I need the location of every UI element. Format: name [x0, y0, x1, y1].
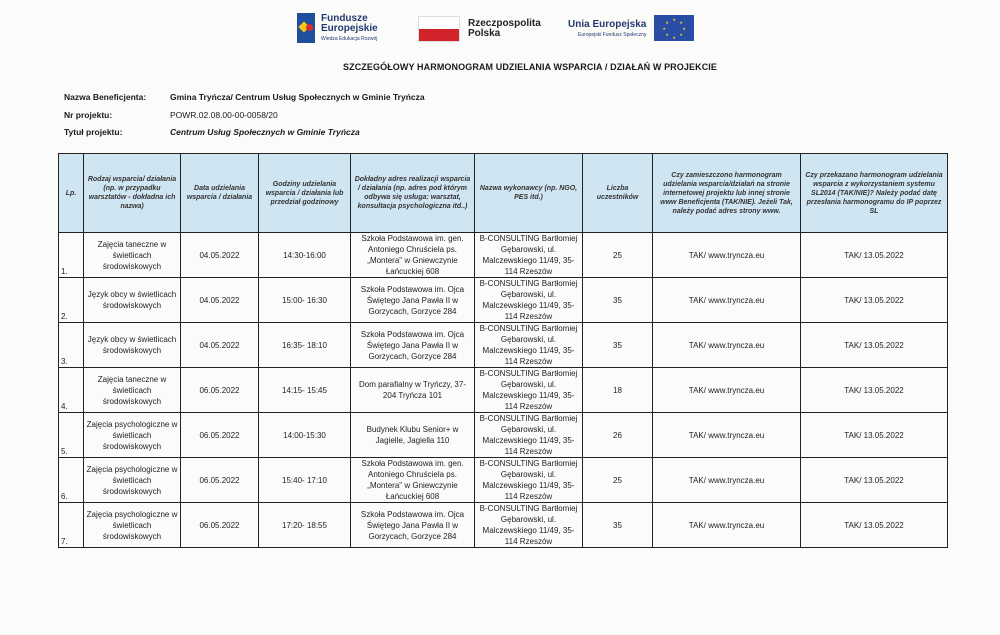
cell-lp: 7. — [59, 503, 84, 548]
cell-contractor: B-CONSULTING Bartłomiej Gębarowski, ul. … — [475, 458, 583, 503]
project-title-value: Centrum Usług Społecznych w Gminie Tryńc… — [170, 127, 360, 137]
header-col-website-published: Czy zamieszczono harmonogram udzielania … — [653, 154, 801, 233]
header-col-participants: Liczba uczestników — [583, 154, 653, 233]
cell-address: Szkoła Podstawowa im. Ojca Świętego Jana… — [351, 278, 475, 323]
cell-date: 06.05.2022 — [181, 458, 259, 503]
cell-support-type: Zajęcia taneczne w świetlicach środowisk… — [84, 233, 181, 278]
cell-participants: 35 — [583, 503, 653, 548]
fundusze-europejskie-icon — [297, 13, 315, 43]
cell-hours: 15:00- 16:30 — [259, 278, 351, 323]
cell-lp: 6. — [59, 458, 84, 503]
cell-date: 06.05.2022 — [181, 368, 259, 413]
cell-sl2014-submitted: TAK/ 13.05.2022 — [801, 503, 948, 548]
cell-hours: 16:35- 18:10 — [259, 323, 351, 368]
cell-sl2014-submitted: TAK/ 13.05.2022 — [801, 278, 948, 323]
header-col-sl2014-submitted: Czy przekazano harmonogram udzielania ws… — [801, 154, 948, 233]
project-title-label: Tytuł projektu: — [64, 127, 122, 137]
beneficiary-label: Nazwa Beneficjenta: — [64, 92, 146, 102]
cell-date: 04.05.2022 — [181, 323, 259, 368]
header-col-date: Data udzielania wsparcia / działania — [181, 154, 259, 233]
logo-rzeczpospolita-polska: Rzeczpospolita Polska — [418, 16, 541, 42]
cell-date: 04.05.2022 — [181, 278, 259, 323]
logo-bar: Fundusze Europejskie Wiedza Edukacja Roz… — [0, 13, 1000, 47]
cell-support-type: Zajęcia taneczne w świetlicach środowisk… — [84, 368, 181, 413]
cell-participants: 25 — [583, 233, 653, 278]
cell-website-published: TAK/ www.tryncza.eu — [653, 368, 801, 413]
cell-hours: 17:20- 18:55 — [259, 503, 351, 548]
cell-address: Dom parafialny w Tryńczy, 37-204 Tryńcza… — [351, 368, 475, 413]
cell-hours: 14:00-15:30 — [259, 413, 351, 458]
table-row: 1.Zajęcia taneczne w świetlicach środowi… — [59, 233, 948, 278]
cell-website-published: TAK/ www.tryncza.eu — [653, 458, 801, 503]
cell-lp: 2. — [59, 278, 84, 323]
cell-sl2014-submitted: TAK/ 13.05.2022 — [801, 413, 948, 458]
document-title: SZCZEGÓŁOWY HARMONOGRAM UDZIELANIA WSPAR… — [0, 62, 1000, 72]
beneficiary-value: Gmina Tryńcza/ Centrum Usług Społecznych… — [170, 92, 425, 102]
cell-address: Szkoła Podstawowa im. Ojca Świętego Jana… — [351, 503, 475, 548]
cell-date: 04.05.2022 — [181, 233, 259, 278]
header-col-lp: Lp. — [59, 154, 84, 233]
cell-sl2014-submitted: TAK/ 13.05.2022 — [801, 368, 948, 413]
cell-contractor: B-CONSULTING Bartłomiej Gębarowski, ul. … — [475, 413, 583, 458]
cell-address: Budynek Klubu Senior+ w Jagielle, Jagiel… — [351, 413, 475, 458]
cell-hours: 15:40- 17:10 — [259, 458, 351, 503]
cell-address: Szkoła Podstawowa im. Ojca Świętego Jana… — [351, 323, 475, 368]
logo-unia-europejska: Unia Europejska Europejski Fundusz Społe… — [568, 15, 694, 41]
cell-lp: 4. — [59, 368, 84, 413]
project-number-label: Nr projektu: — [64, 110, 112, 120]
header-col-hours: Godziny udzielania wsparcia / działania … — [259, 154, 351, 233]
table-row: 2.Język obcy w świetlicach środowiskowyc… — [59, 278, 948, 323]
header-col-support-type: Rodzaj wsparcia/ działania (np. w przypa… — [84, 154, 181, 233]
cell-participants: 35 — [583, 278, 653, 323]
table-row: 3.Język obcy w świetlicach środowiskowyc… — [59, 323, 948, 368]
table-row: 7.Zajęcia psychologiczne w świetlicach ś… — [59, 503, 948, 548]
cell-contractor: B-CONSULTING Bartłomiej Gębarowski, ul. … — [475, 278, 583, 323]
cell-contractor: B-CONSULTING Bartłomiej Gębarowski, ul. … — [475, 503, 583, 548]
cell-hours: 14:30-16:00 — [259, 233, 351, 278]
header-col-contractor: Nazwa wykonawcy (np. NGO, PES itd.) — [475, 154, 583, 233]
cell-address: Szkoła Podstawowa im. gen. Antoniego Chr… — [351, 233, 475, 278]
cell-website-published: TAK/ www.tryncza.eu — [653, 413, 801, 458]
cell-lp: 1. — [59, 233, 84, 278]
cell-address: Szkoła Podstawowa im. gen. Antoniego Chr… — [351, 458, 475, 503]
cell-date: 06.05.2022 — [181, 413, 259, 458]
table-row: 4.Zajęcia taneczne w świetlicach środowi… — [59, 368, 948, 413]
cell-sl2014-submitted: TAK/ 13.05.2022 — [801, 233, 948, 278]
cell-lp: 5. — [59, 413, 84, 458]
cell-website-published: TAK/ www.tryncza.eu — [653, 278, 801, 323]
cell-support-type: Zajęcia psychologiczne w świetlicach śro… — [84, 458, 181, 503]
cell-website-published: TAK/ www.tryncza.eu — [653, 323, 801, 368]
cell-sl2014-submitted: TAK/ 13.05.2022 — [801, 458, 948, 503]
cell-participants: 26 — [583, 413, 653, 458]
table-header-row: Lp.Rodzaj wsparcia/ działania (np. w prz… — [59, 154, 948, 233]
cell-participants: 35 — [583, 323, 653, 368]
cell-date: 06.05.2022 — [181, 503, 259, 548]
polish-flag-icon — [418, 16, 460, 42]
schedule-table: Lp.Rodzaj wsparcia/ działania (np. w prz… — [58, 153, 948, 548]
cell-lp: 3. — [59, 323, 84, 368]
cell-contractor: B-CONSULTING Bartłomiej Gębarowski, ul. … — [475, 323, 583, 368]
cell-support-type: Zajęcia psychologiczne w świetlicach śro… — [84, 413, 181, 458]
cell-sl2014-submitted: TAK/ 13.05.2022 — [801, 323, 948, 368]
cell-contractor: B-CONSULTING Bartłomiej Gębarowski, ul. … — [475, 233, 583, 278]
cell-website-published: TAK/ www.tryncza.eu — [653, 503, 801, 548]
cell-support-type: Język obcy w świetlicach środowiskowych — [84, 323, 181, 368]
cell-participants: 25 — [583, 458, 653, 503]
cell-website-published: TAK/ www.tryncza.eu — [653, 233, 801, 278]
cell-support-type: Język obcy w świetlicach środowiskowych — [84, 278, 181, 323]
cell-support-type: Zajęcia psychologiczne w świetlicach śro… — [84, 503, 181, 548]
table-row: 6.Zajęcia psychologiczne w świetlicach ś… — [59, 458, 948, 503]
cell-participants: 18 — [583, 368, 653, 413]
project-number-value: POWR.02.08.00-00-0058/20 — [170, 110, 278, 120]
cell-hours: 14:15- 15:45 — [259, 368, 351, 413]
logo-fundusze-europejskie: Fundusze Europejskie Wiedza Edukacja Roz… — [297, 13, 378, 43]
cell-contractor: B-CONSULTING Bartłomiej Gębarowski, ul. … — [475, 368, 583, 413]
table-row: 5.Zajęcia psychologiczne w świetlicach ś… — [59, 413, 948, 458]
eu-flag-icon: ★★★ ★★★ ★★ — [654, 15, 694, 41]
header-col-address: Dokładny adres realizacji wsparcia / dzi… — [351, 154, 475, 233]
